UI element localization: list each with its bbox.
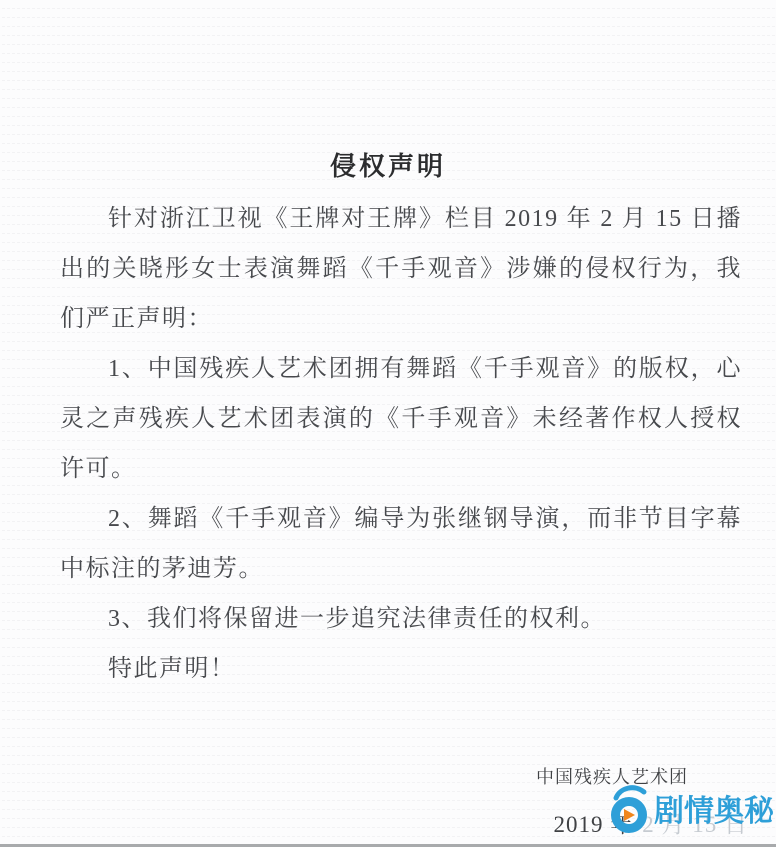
signature-date-visible: 2019 年 [554, 812, 635, 837]
signature-date-faded: 2 月 15 日 [642, 812, 748, 837]
signature-organization: 中国残疾人艺术团 [60, 764, 688, 790]
signature-block: 中国残疾人艺术团 2019 年2 月 15 日 [60, 764, 748, 840]
document-title: 侵权声明 [0, 0, 776, 188]
statement-closing: 特此声明！ [60, 644, 742, 694]
statement-paragraph-item1: 1、中国残疾人艺术团拥有舞蹈《千手观音》的版权，心灵之声残疾人艺术团表演的《千手… [60, 344, 742, 494]
scanned-statement-page: 侵权声明 针对浙江卫视《王牌对王牌》栏目 2019 年 2 月 15 日播出的关… [0, 0, 776, 847]
statement-body: 针对浙江卫视《王牌对王牌》栏目 2019 年 2 月 15 日播出的关晓彤女士表… [60, 194, 742, 694]
statement-paragraph-intro: 针对浙江卫视《王牌对王牌》栏目 2019 年 2 月 15 日播出的关晓彤女士表… [60, 194, 742, 344]
statement-paragraph-item3: 3、我们将保留进一步追究法律责任的权利。 [60, 594, 742, 644]
statement-paragraph-item2: 2、舞蹈《千手观音》编导为张继钢导演，而非节目字幕中标注的茅迪芳。 [60, 494, 742, 594]
signature-date: 2019 年2 月 15 日 [60, 810, 748, 840]
